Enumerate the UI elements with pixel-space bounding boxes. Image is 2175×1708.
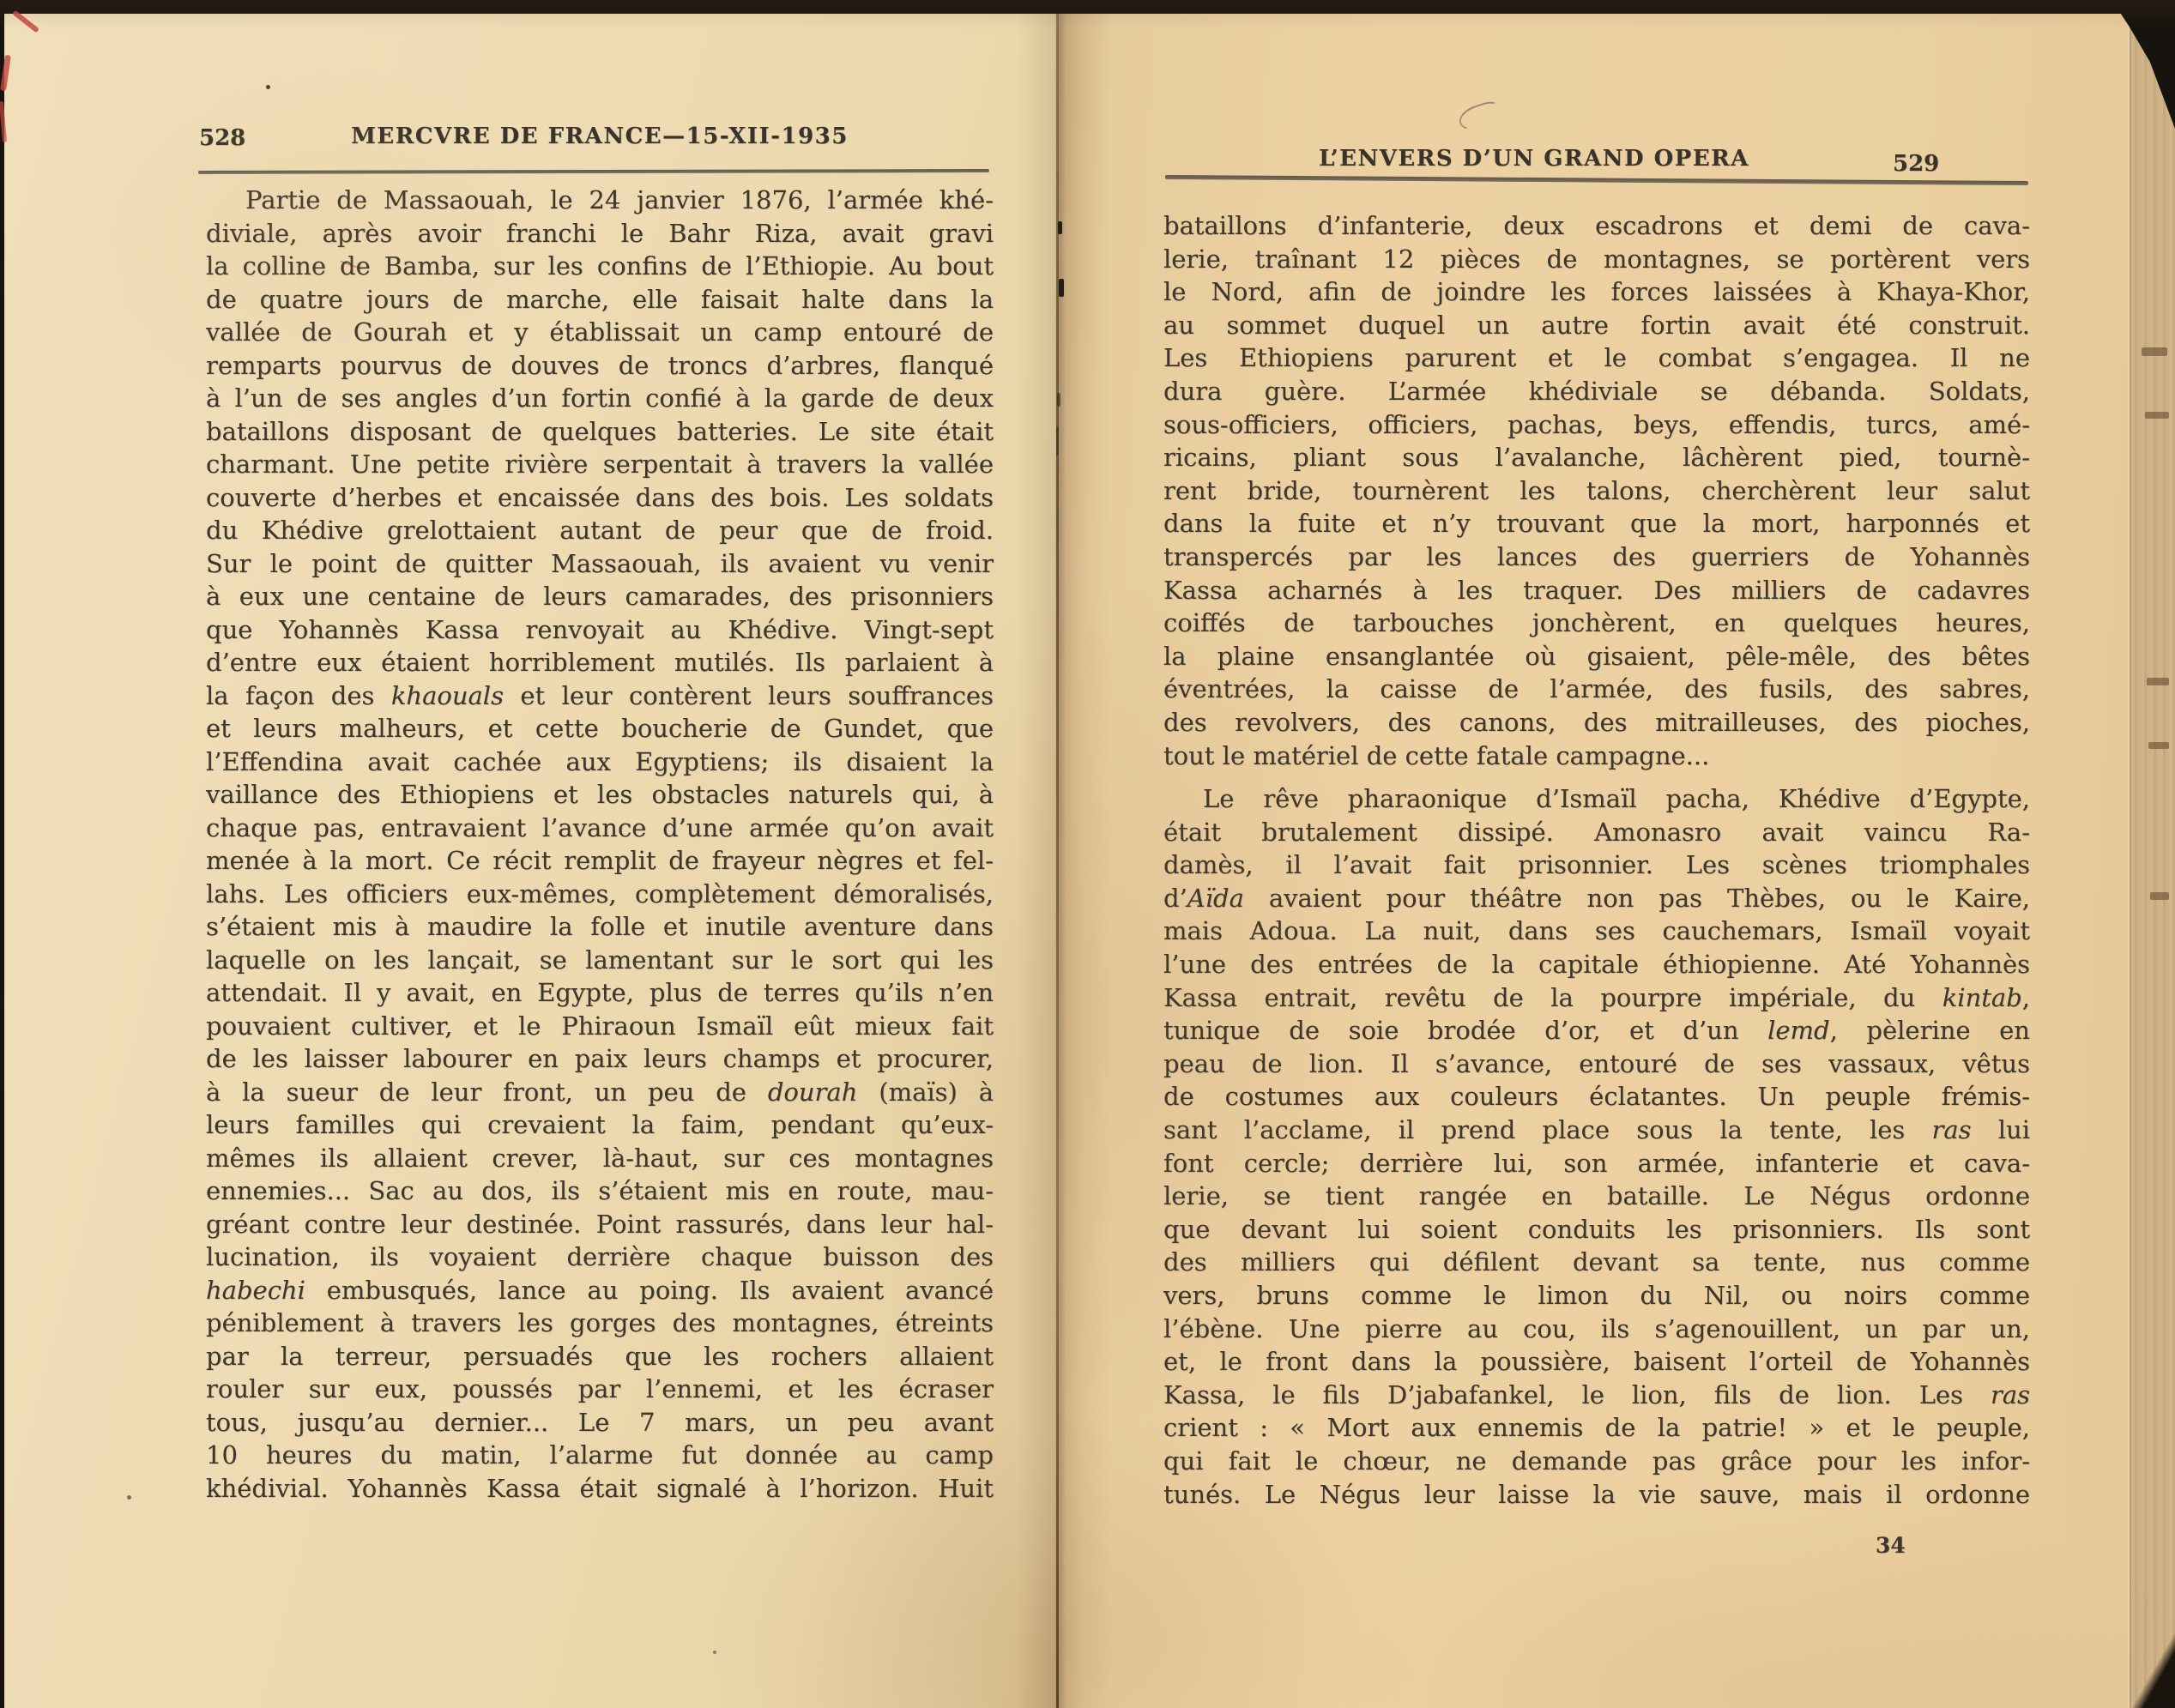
text-line: de costumes aux couleurs éclatantes. Un … xyxy=(1163,1080,2030,1114)
scan-background-left xyxy=(0,0,4,1708)
text-line: vaillance des Ethiopiens et les obstacle… xyxy=(206,778,994,812)
edge-tear xyxy=(2148,742,2169,749)
text-line: à l’un de ses angles d’un fortin confié … xyxy=(206,382,994,415)
text-line: tunés. Le Négus leur laisse la vie sauve… xyxy=(1163,1478,2030,1512)
edge-tear xyxy=(2150,892,2169,900)
stitch-mark xyxy=(1058,221,1062,234)
text-line: tunique de soie brodée d’or, et d’un lem… xyxy=(1163,1014,2030,1047)
text-line: diviale, après avoir franchi le Bahr Riz… xyxy=(206,217,994,250)
edge-tear xyxy=(2147,678,2169,685)
text-line: leurs familles qui crevaient la faim, pe… xyxy=(206,1108,994,1142)
text-line: chaque pas, entravaient l’avance d’une a… xyxy=(206,812,994,845)
left-running-title: MERCVRE DE FRANCE—15-XII-1935 xyxy=(206,124,994,149)
text-line: d’Aïda avaient pour théâtre non pas Thèb… xyxy=(1163,882,2030,915)
text-line: de quatre jours de marche, elle faisait … xyxy=(206,283,994,317)
text-line: menée à la mort. Ce récit remplit de fra… xyxy=(206,844,994,878)
stitch-mark xyxy=(1056,426,1059,456)
edge-tear xyxy=(2142,347,2167,356)
right-running-title: L’ENVERS D’UN GRAND OPERA xyxy=(1165,146,1903,172)
text-line: Partie de Massaouah, le 24 janvier 1876,… xyxy=(206,184,994,217)
text-line: du Khédive grelottaient autant de peur q… xyxy=(206,514,994,547)
left-page-text: Partie de Massaouah, le 24 janvier 1876,… xyxy=(206,184,994,1505)
text-line: au sommet duquel un autre fortin avait é… xyxy=(1163,309,2030,342)
scan-background-corner xyxy=(2133,1634,2175,1708)
text-line: dura guère. L’armée khédiviale se déband… xyxy=(1163,375,2030,408)
text-line: Kassa acharnés à les traquer. Des millie… xyxy=(1163,574,2030,607)
text-line: le Nord, afin de joindre les forces lais… xyxy=(1163,275,2030,309)
paper-speck xyxy=(713,1651,716,1654)
text-line: lerie, se tient rangée en bataille. Le N… xyxy=(1163,1180,2030,1213)
text-line: habechi embusqués, lance au poing. Ils a… xyxy=(206,1274,994,1307)
text-line: remparts pourvus de douves de troncs d’a… xyxy=(206,349,994,383)
text-line: peau de lion. Il s’avance, entouré de se… xyxy=(1163,1047,2030,1081)
paper-speck xyxy=(266,85,270,89)
text-line: laquelle on les lançait, se lamentant su… xyxy=(206,944,994,977)
stitch-mark xyxy=(1059,279,1064,297)
text-line: lahs. Les officiers eux-mêmes, complètem… xyxy=(206,878,994,911)
book-scan: 528 MERCVRE DE FRANCE—15-XII-1935 L’ENVE… xyxy=(0,0,2175,1708)
text-line: éventrées, la caisse de l’armée, des fus… xyxy=(1163,673,2030,706)
text-line: gréant contre leur destinée. Point rassu… xyxy=(206,1208,994,1241)
text-line: péniblement à travers les gorges des mon… xyxy=(206,1307,994,1340)
text-line: bataillons d’infanterie, deux escadrons … xyxy=(1163,209,2030,243)
text-line: l’une des entrées de la capitale éthiopi… xyxy=(1163,948,2030,981)
text-line: coiffés de tarbouches jonchèrent, en que… xyxy=(1163,607,2030,640)
text-line: vallée de Gourah et y établissait un cam… xyxy=(206,316,994,349)
text-line: sant l’acclame, il prend place sous la t… xyxy=(1163,1114,2030,1147)
text-line: des milliers qui défilent devant sa tent… xyxy=(1163,1246,2030,1279)
text-line: Le rêve pharaonique d’Ismaïl pacha, Khéd… xyxy=(1163,782,2030,816)
text-line: attendait. Il y avait, en Egypte, plus d… xyxy=(206,976,994,1010)
text-line: était brutalement dissipé. Amonasro avai… xyxy=(1163,816,2030,849)
signature-mark: 34 xyxy=(1876,1533,1906,1558)
text-line: lerie, traînant 12 pièces de montagnes, … xyxy=(1163,243,2030,276)
text-line: 10 heures du matin, l’alarme fut donnée … xyxy=(206,1439,994,1472)
text-line: tout le matériel de cette fatale campagn… xyxy=(1163,739,2030,773)
text-line: couverte d’herbes et encaissée dans des … xyxy=(206,481,994,515)
text-line: Les Ethiopiens parurent et le combat s’e… xyxy=(1163,341,2030,375)
text-line: l’ébène. Une pierre au cou, ils s’agenou… xyxy=(1163,1313,2030,1346)
gutter-crease xyxy=(1056,14,1059,1708)
text-line: vers, bruns comme le limon du Nil, ou no… xyxy=(1163,1279,2030,1313)
text-line: l’Effendina avait cachée aux Egyptiens; … xyxy=(206,745,994,779)
text-line: tous, jusqu’au dernier... Le 7 mars, un … xyxy=(206,1406,994,1439)
text-line: et leurs malheurs, et cette boucherie de… xyxy=(206,712,994,745)
text-line: s’étaient mis à maudire la folle et inut… xyxy=(206,910,994,944)
text-line: transpercés par les lances des guerriers… xyxy=(1163,540,2030,574)
paper-speck xyxy=(127,1495,131,1500)
text-line: charmant. Une petite rivière serpentait … xyxy=(206,448,994,481)
text-line: d’entre eux étaient horriblement mutilés… xyxy=(206,646,994,679)
text-line: khédivial. Yohannès Kassa était signalé … xyxy=(206,1472,994,1506)
text-line: ennemies... Sac au dos, ils s’étaient mi… xyxy=(206,1174,994,1208)
text-line: Kassa, le fils D’jabafankel, le lion, fi… xyxy=(1163,1379,2030,1412)
text-line: et, le front dans la poussière, baisent … xyxy=(1163,1345,2030,1379)
text-line: rouler sur eux, poussés par l’ennemi, et… xyxy=(206,1373,994,1406)
text-line: que devant lui soient conduits les priso… xyxy=(1163,1213,2030,1246)
text-line: qui fait le chœur, ne demande pas grâce … xyxy=(1163,1445,2030,1478)
text-line: la colline de Bamba, sur les confins de … xyxy=(206,250,994,283)
text-line: mêmes ils allaient crever, là-haut, sur … xyxy=(206,1142,994,1175)
text-line: rent bride, tournèrent les talons, cherc… xyxy=(1163,474,2030,508)
text-line: que Yohannès Kassa renvoyait au Khédive.… xyxy=(206,613,994,647)
text-line: ricains, pliant sous l’avalanche, lâchèr… xyxy=(1163,441,2030,474)
scan-background-top xyxy=(0,0,2175,14)
text-line: font cercle; derrière lui, son armée, in… xyxy=(1163,1147,2030,1180)
text-line: Sur le point de quitter Massaouah, ils a… xyxy=(206,547,994,581)
text-line: la façon des khaouals et leur contèrent … xyxy=(206,679,994,713)
text-line: damès, il l’avait fait prisonnier. Les s… xyxy=(1163,848,2030,882)
text-line: la plaine ensanglantée où gisaient, pêle… xyxy=(1163,640,2030,673)
stitch-mark xyxy=(1057,393,1060,407)
text-line: à eux une centaine de leurs camarades, d… xyxy=(206,580,994,613)
right-page-text: bataillons d’infanterie, deux escadrons … xyxy=(1163,209,2030,1511)
edge-tear xyxy=(2145,412,2169,419)
text-line: crient : « Mort aux ennemis de la patrie… xyxy=(1163,1411,2030,1445)
right-page-number: 529 xyxy=(1893,151,1939,177)
text-line: à la sueur de leur front, un peu de dour… xyxy=(206,1076,994,1109)
text-line: mais Adoua. La nuit, dans ses cauchemars… xyxy=(1163,914,2030,948)
text-line: par la terreur, persuadés que les rocher… xyxy=(206,1340,994,1373)
text-line: dans la fuite et n’y trouvant que la mor… xyxy=(1163,507,2030,540)
text-line: Kassa entrait, revêtu de la pourpre impé… xyxy=(1163,981,2030,1015)
text-line: des revolvers, des canons, des mitraille… xyxy=(1163,706,2030,739)
text-line: lucination, ils voyaient derrière chaque… xyxy=(206,1240,994,1274)
text-line: sous-officiers, officiers, pachas, beys,… xyxy=(1163,408,2030,442)
text-line: bataillons disposant de quelques batteri… xyxy=(206,415,994,449)
fore-edge-pages xyxy=(2131,7,2175,1708)
text-line: pouvaient cultiver, et le Phiraoun Ismaï… xyxy=(206,1010,994,1043)
text-line: de les laisser labourer en paix leurs ch… xyxy=(206,1042,994,1076)
